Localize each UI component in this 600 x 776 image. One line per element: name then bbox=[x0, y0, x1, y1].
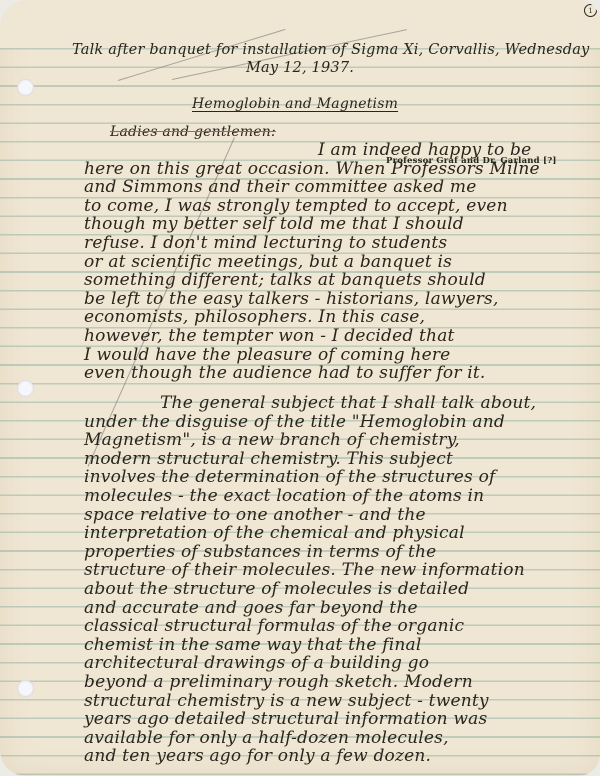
text-line: structural chemistry is a new subject - … bbox=[84, 691, 489, 711]
text-line: I would have the pleasure of coming here bbox=[84, 345, 450, 365]
text-line: be left to the easy talkers - historians… bbox=[84, 289, 499, 309]
text-line: chemist in the same way that the final bbox=[84, 635, 421, 655]
punch-hole bbox=[17, 680, 34, 697]
text-line: refuse. I don't mind lecturing to studen… bbox=[84, 233, 447, 253]
text-line: years ago detailed structural informatio… bbox=[84, 709, 487, 729]
heading-line-1: Talk after banquet for installation of S… bbox=[72, 42, 589, 58]
text-line: economists, philosophers. In this case, bbox=[84, 307, 425, 327]
salutation: Ladies and gentlemen: bbox=[110, 124, 276, 140]
text-line: properties of substances in terms of the bbox=[84, 542, 436, 562]
text-line: space relative to one another - and the bbox=[84, 505, 426, 525]
text-line: and Simmons and their committee asked me bbox=[84, 177, 477, 197]
text-line: and ten years ago for only a few dozen. bbox=[84, 746, 431, 766]
text-line: Magnetism", is a new branch of chemistry… bbox=[84, 430, 460, 450]
text-line: I am indeed happy to be bbox=[318, 140, 531, 160]
notebook-page: 1 Talk after banquet for installation of… bbox=[0, 0, 600, 776]
text-line: interpretation of the chemical and physi… bbox=[84, 523, 465, 543]
text-line: though my better self told me that I sho… bbox=[84, 214, 464, 234]
text-line: here on this great occasion. When Profes… bbox=[84, 159, 540, 179]
text-line: molecules - the exact location of the at… bbox=[84, 486, 484, 506]
text-line: classical structural formulas of the org… bbox=[84, 616, 464, 636]
text-line: under the disguise of the title "Hemoglo… bbox=[84, 412, 505, 432]
text-line: to come, I was strongly tempted to accep… bbox=[84, 196, 508, 216]
text-line: and accurate and goes far beyond the bbox=[84, 598, 418, 618]
text-line: involves the determination of the struct… bbox=[84, 467, 496, 487]
text-line: even though the audience had to suffer f… bbox=[84, 363, 486, 383]
heading-line-2: May 12, 1937. bbox=[246, 60, 354, 76]
text-line: something different; talks at banquets s… bbox=[84, 270, 486, 290]
text-line: modern structural chemistry. This subjec… bbox=[84, 449, 453, 469]
text-line: available for only a half-dozen molecule… bbox=[84, 728, 449, 748]
page-title: Hemoglobin and Magnetism bbox=[192, 96, 398, 112]
punch-hole bbox=[17, 79, 34, 96]
text-line: however, the tempter won - I decided tha… bbox=[84, 326, 455, 346]
text-line: about the structure of molecules is deta… bbox=[84, 579, 469, 599]
text-line: architectural drawings of a building go bbox=[84, 653, 429, 673]
text-line: beyond a preliminary rough sketch. Moder… bbox=[84, 672, 473, 692]
text-line: structure of their molecules. The new in… bbox=[84, 560, 525, 580]
text-line: The general subject that I shall talk ab… bbox=[160, 393, 536, 413]
punch-hole bbox=[17, 380, 34, 397]
text-line: or at scientific meetings, but a banquet… bbox=[84, 252, 452, 272]
page-number: 1 bbox=[584, 4, 597, 17]
